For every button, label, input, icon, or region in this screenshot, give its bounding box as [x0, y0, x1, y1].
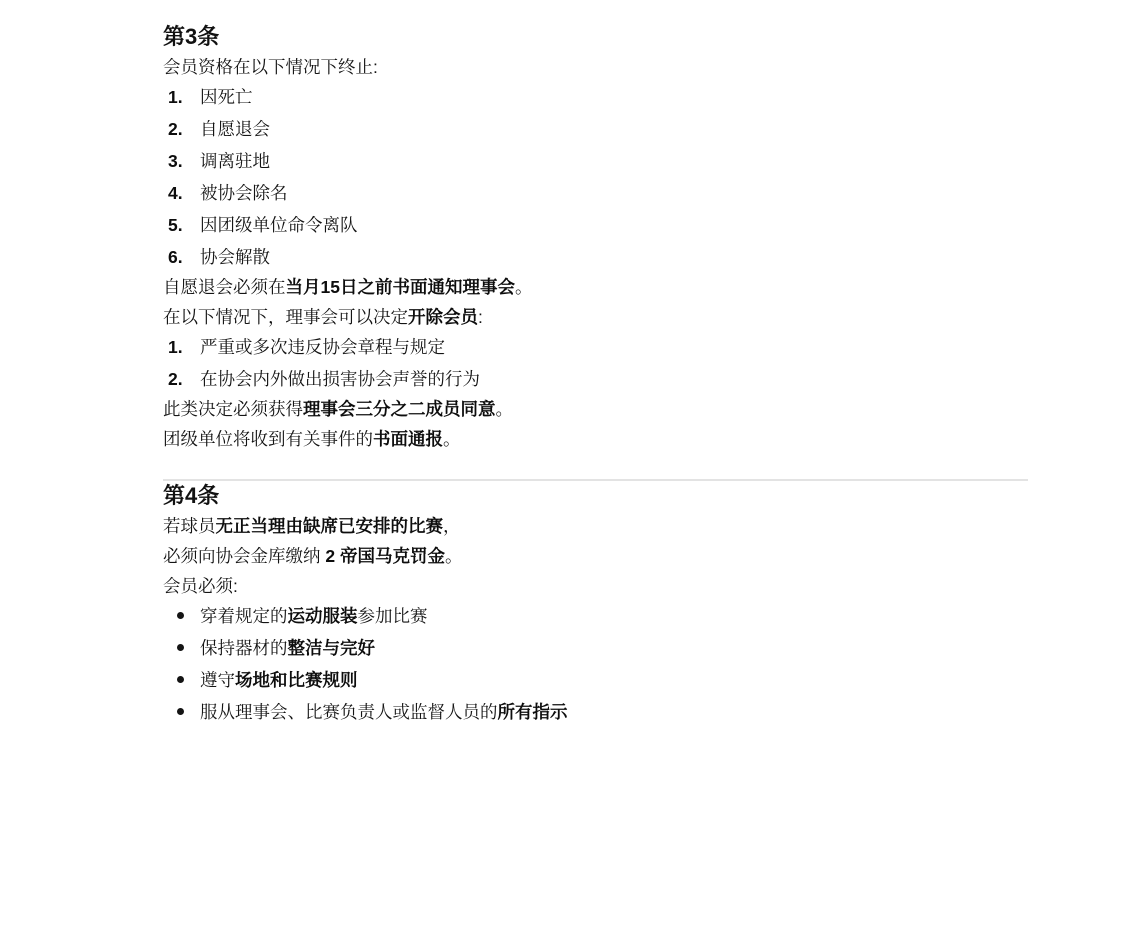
article-4-heading: 第4条 [163, 481, 1028, 511]
termination-list-item: 5. 因团级单位命令离队 [200, 210, 1028, 240]
regular-text: 因死亡 [200, 87, 253, 107]
penalty-line-1: 若球员无正当理由缺席已安排的比赛， [163, 511, 1028, 541]
regular-text: 协会解散 [200, 247, 270, 267]
regular-text: 自愿退会必须在 [163, 277, 286, 297]
regular-text: 服从理事会、比赛负责人或监督人员的 [200, 702, 498, 722]
list-item-text: 在协会内外做出损害协会声誉的行为 [200, 369, 480, 389]
list-item-text: 遵守场地和比赛规则 [200, 670, 358, 690]
list-item-text: 保持器材的整洁与完好 [200, 638, 375, 658]
bold-text: 所有指示 [498, 702, 568, 722]
bold-text: 当月15日之前书面通知理事会 [286, 277, 515, 297]
list-number-marker: 5. [168, 210, 183, 240]
regular-text: 。 [496, 399, 514, 419]
resignation-note: 自愿退会必须在当月15日之前书面通知理事会。 [163, 272, 1028, 302]
regular-text: 因团级单位命令离队 [200, 215, 358, 235]
bullet-icon [177, 676, 184, 683]
article-4-section: 第4条 若球员无正当理由缺席已安排的比赛， 必须向协会金库缴纳 2 帝国马克罚金… [163, 481, 1028, 727]
termination-list-item: 1. 因死亡 [200, 82, 1028, 112]
regular-text: : [478, 307, 483, 327]
list-item-text: 被协会除名 [200, 183, 288, 203]
expulsion-list-item: 1. 严重或多次违反协会章程与规定 [200, 332, 1028, 362]
regular-text: 必须向协会金库缴纳 [163, 546, 325, 566]
duties-intro: 会员必须: [163, 571, 1028, 601]
list-item-text: 服从理事会、比赛负责人或监督人员的所有指示 [200, 702, 568, 722]
article-3-section: 第3条 会员资格在以下情况下终止: 1. 因死亡 2. 自愿退会 3. 调离驻地… [163, 22, 1028, 454]
expulsion-list: 1. 严重或多次违反协会章程与规定 2. 在协会内外做出损害协会声誉的行为 [163, 332, 1028, 394]
list-number-marker: 2. [168, 364, 183, 394]
duties-list-item: 保持器材的整洁与完好 [200, 633, 1028, 663]
bold-text: 2 帝国马克罚金 [325, 546, 445, 566]
expulsion-intro: 在以下情况下，理事会可以决定开除会员: [163, 302, 1028, 332]
list-number-marker: 4. [168, 178, 183, 208]
regular-text: 若球员 [163, 516, 216, 536]
regular-text: 参加比赛 [358, 606, 428, 626]
regular-text: 在以下情况下，理事会可以决定 [163, 307, 408, 327]
bold-text: 书面通报 [373, 429, 443, 449]
bold-text: 场地和比赛规则 [235, 670, 358, 690]
list-item-text: 穿着规定的运动服装参加比赛 [200, 606, 428, 626]
bold-text: 运动服装 [288, 606, 358, 626]
duties-list: 穿着规定的运动服装参加比赛 保持器材的整洁与完好 遵守场地和比赛规则 服从理事会… [163, 601, 1028, 727]
regular-text: 会员必须: [163, 576, 238, 596]
termination-list-item: 3. 调离驻地 [200, 146, 1028, 176]
list-item-text: 调离驻地 [200, 151, 270, 171]
penalty-line-2: 必须向协会金库缴纳 2 帝国马克罚金。 [163, 541, 1028, 571]
list-item-text: 严重或多次违反协会章程与规定 [200, 337, 445, 357]
regular-text: 此类决定必须获得 [163, 399, 303, 419]
regular-text: 团级单位将收到有关事件的 [163, 429, 373, 449]
regular-text: 。 [515, 277, 533, 297]
list-item-text: 协会解散 [200, 247, 270, 267]
list-item-text: 自愿退会 [200, 119, 270, 139]
termination-list: 1. 因死亡 2. 自愿退会 3. 调离驻地 4. 被协会除名 5. 因团级单位… [163, 82, 1028, 272]
bold-text: 理事会三分之二成员同意 [303, 399, 496, 419]
list-number-marker: 3. [168, 146, 183, 176]
regular-text: 被协会除名 [200, 183, 288, 203]
list-item-text: 因团级单位命令离队 [200, 215, 358, 235]
bold-text: 整洁与完好 [288, 638, 376, 658]
regular-text: 。 [445, 546, 463, 566]
regular-text: 保持器材的 [200, 638, 288, 658]
list-number-marker: 2. [168, 114, 183, 144]
termination-list-item: 6. 协会解散 [200, 242, 1028, 272]
notification-note: 团级单位将收到有关事件的书面通报。 [163, 424, 1028, 454]
list-number-marker: 1. [168, 332, 183, 362]
bullet-icon [177, 708, 184, 715]
regular-text: 会员资格在以下情况下终止: [163, 57, 378, 77]
regular-text: 遵守 [200, 670, 235, 690]
duties-list-item: 遵守场地和比赛规则 [200, 665, 1028, 695]
termination-list-item: 4. 被协会除名 [200, 178, 1028, 208]
list-number-marker: 6. [168, 242, 183, 272]
expulsion-list-item: 2. 在协会内外做出损害协会声誉的行为 [200, 364, 1028, 394]
regular-text: 自愿退会 [200, 119, 270, 139]
bold-text: 无正当理由缺席已安排的比赛 [216, 516, 444, 536]
article-3-heading: 第3条 [163, 22, 1028, 52]
bullet-icon [177, 612, 184, 619]
approval-note: 此类决定必须获得理事会三分之二成员同意。 [163, 394, 1028, 424]
article-3-intro: 会员资格在以下情况下终止: [163, 52, 1028, 82]
document-body: 第3条 会员资格在以下情况下终止: 1. 因死亡 2. 自愿退会 3. 调离驻地… [0, 0, 1148, 932]
duties-list-item: 穿着规定的运动服装参加比赛 [200, 601, 1028, 631]
bullet-icon [177, 644, 184, 651]
termination-list-item: 2. 自愿退会 [200, 114, 1028, 144]
list-item-text: 因死亡 [200, 87, 253, 107]
bold-text: 开除会员 [408, 307, 478, 327]
regular-text: 。 [443, 429, 461, 449]
list-number-marker: 1. [168, 82, 183, 112]
regular-text: 在协会内外做出损害协会声誉的行为 [200, 369, 480, 389]
regular-text: ， [443, 516, 461, 536]
regular-text: 调离驻地 [200, 151, 270, 171]
regular-text: 穿着规定的 [200, 606, 288, 626]
penalty-paragraph: 若球员无正当理由缺席已安排的比赛， 必须向协会金库缴纳 2 帝国马克罚金。 [163, 511, 1028, 571]
regular-text: 严重或多次违反协会章程与规定 [200, 337, 445, 357]
duties-list-item: 服从理事会、比赛负责人或监督人员的所有指示 [200, 697, 1028, 727]
